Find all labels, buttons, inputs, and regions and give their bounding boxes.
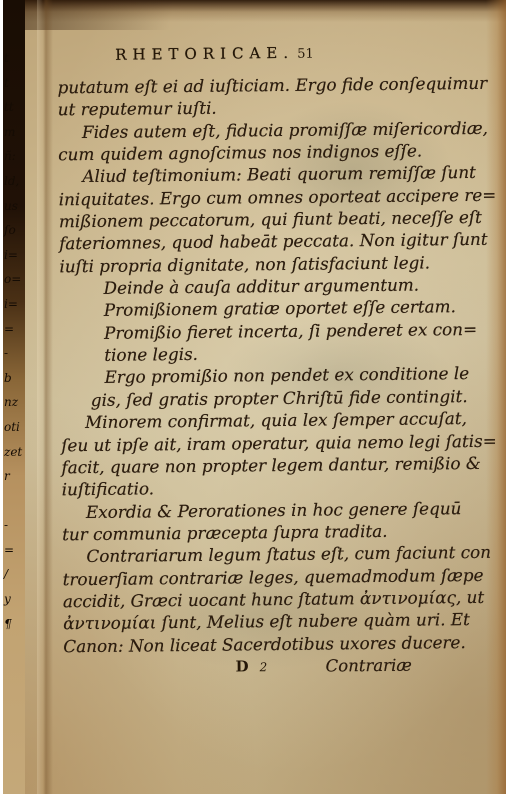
signature-mark: D — [235, 657, 248, 675]
facing-page-text-fragments: t t tt m ñ: ld, us ſo i= o= i= = - b nz … — [4, 46, 24, 636]
text-line: facit, quare non propter legem dantur, r… — [61, 452, 473, 479]
page-number: 51 — [297, 47, 314, 62]
running-header: RHETORICAE. 51 — [57, 36, 469, 76]
page-right-edge — [486, 0, 506, 794]
book-scan: t t tt m ñ: ld, us ſo i= o= i= = - b nz … — [0, 0, 506, 800]
signature-line: D 2 Contrariæ — [64, 655, 476, 683]
text-block: RHETORICAE. 51 putatum eſt ei ad iuſtici… — [57, 36, 476, 683]
text-line: putatum eſt ei ad iuſticiam. Ergo fide c… — [57, 72, 469, 99]
signature-numeral: 2 — [260, 660, 268, 674]
text-line: Exordia & Perorationes in hoc genere ſeq… — [86, 497, 474, 523]
text-line: Promißio fieret incerta, ſi penderet ex … — [104, 318, 472, 344]
page-crease — [37, 0, 55, 794]
catchword: Contrariæ — [325, 656, 411, 676]
binding-gutter: t t tt m ñ: ld, us ſo i= o= i= = - b nz … — [3, 0, 25, 794]
body-lines: putatum eſt ei ad iuſticiam. Ergo fide c… — [57, 72, 475, 657]
text-line: Canon: Non liceat Sacerdotibus uxores du… — [63, 631, 475, 658]
page-surface: t t tt m ñ: ld, us ſo i= o= i= = - b nz … — [3, 0, 506, 794]
running-header-title: RHETORICAE. — [115, 44, 294, 64]
